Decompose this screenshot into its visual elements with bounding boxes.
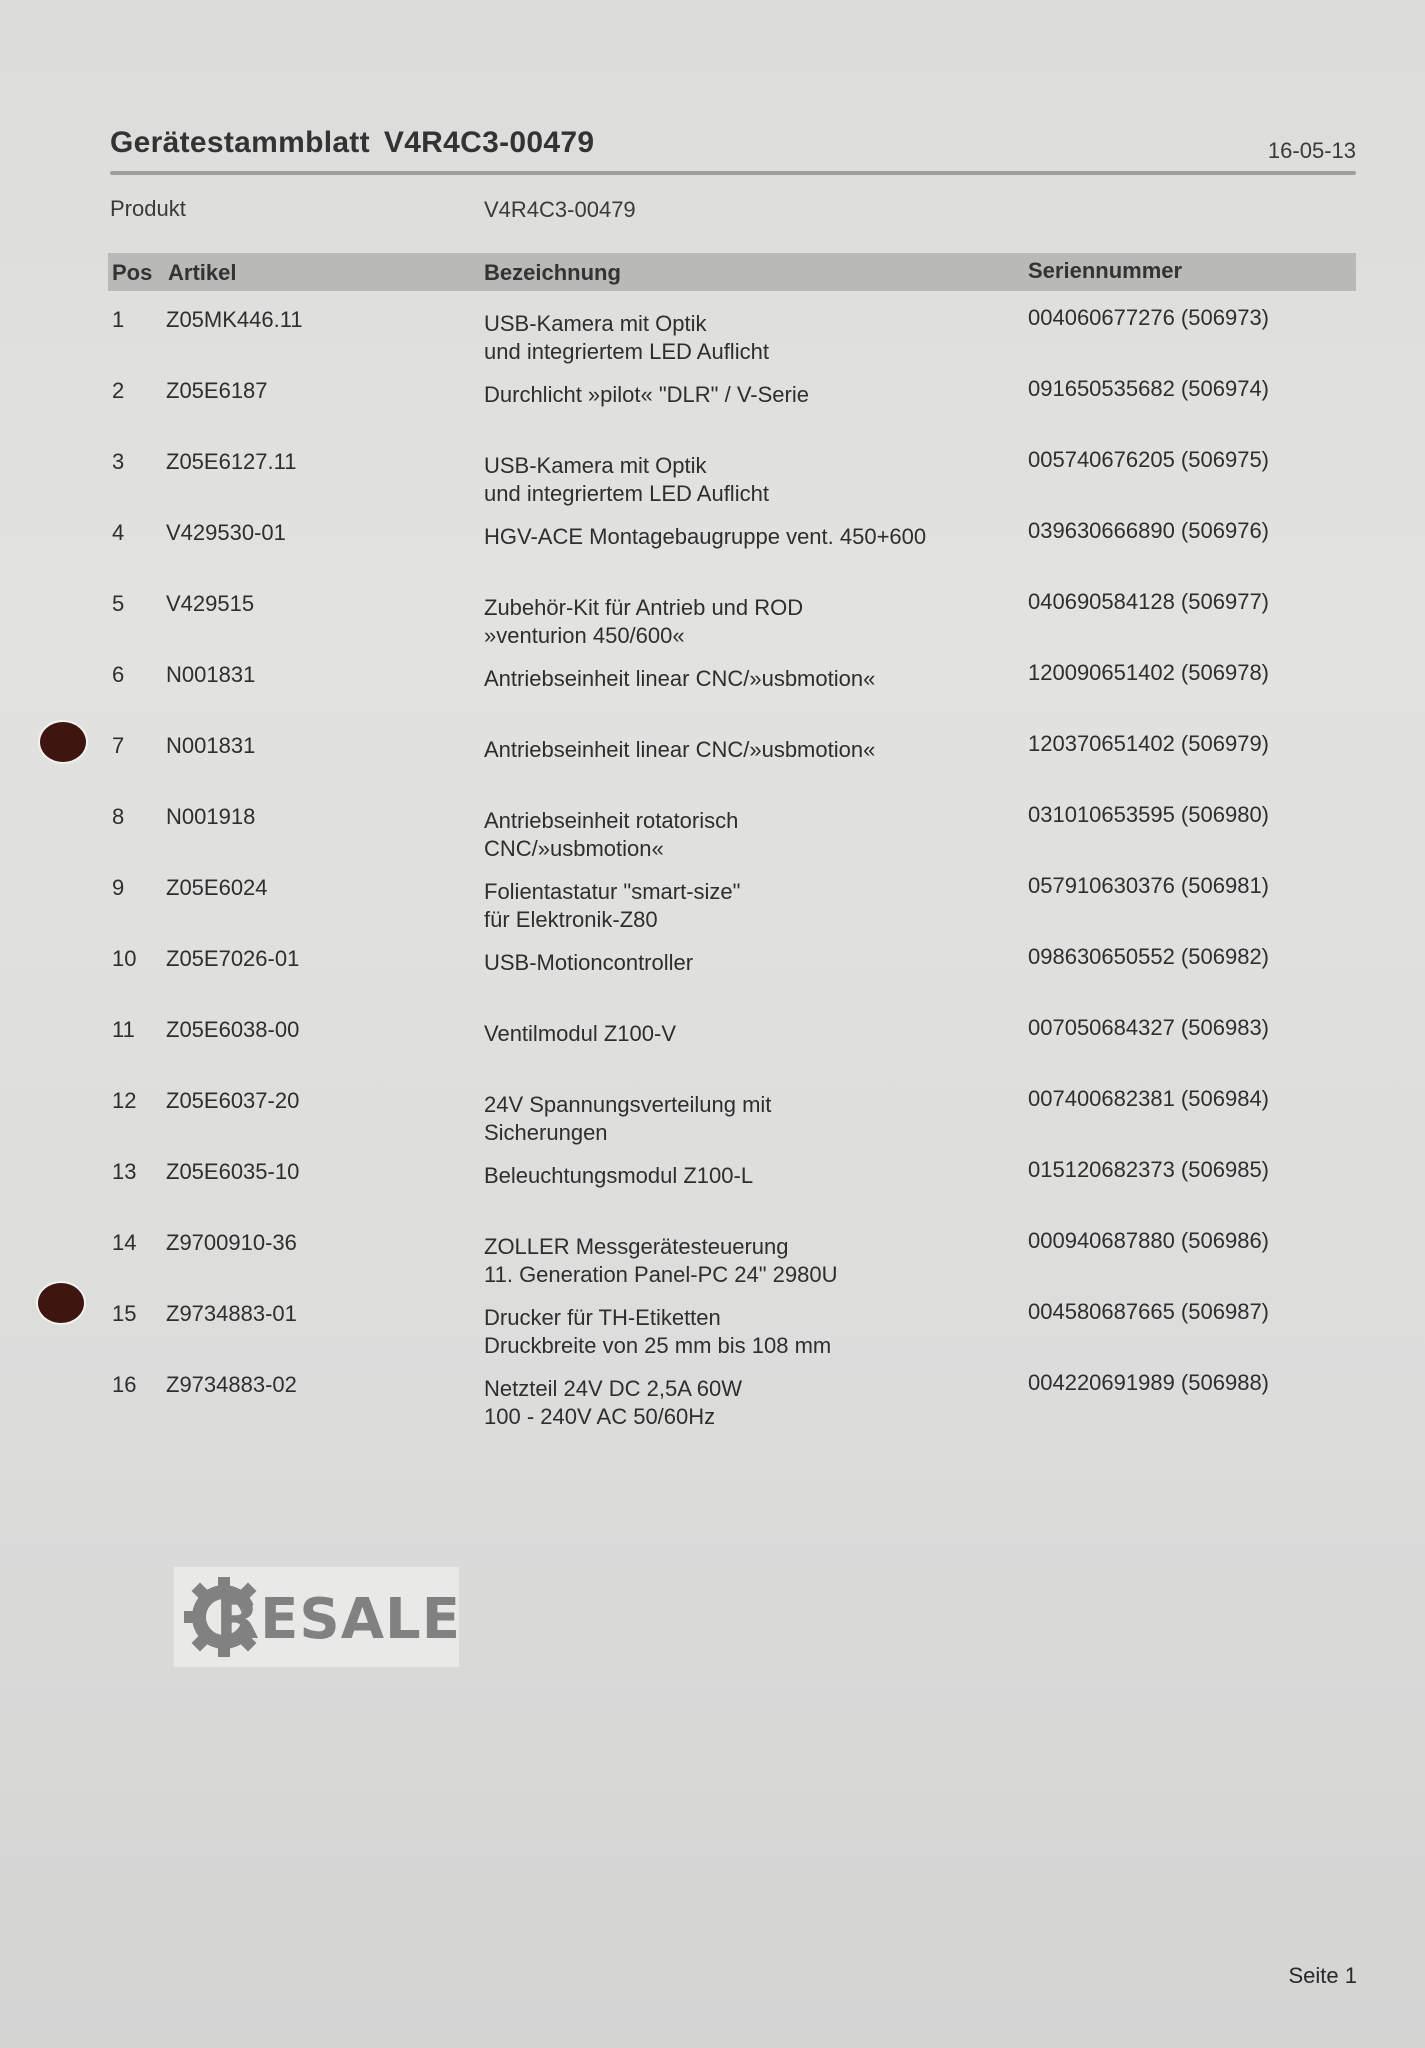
bezeichnung-line-1: HGV-ACE Montagebaugruppe vent. 450+600	[484, 523, 926, 551]
document-date: 16-05-13	[1268, 138, 1356, 164]
bezeichnung-line-1: USB-Motioncontroller	[484, 949, 693, 977]
cell-artikel: Z05MK446.11	[166, 306, 303, 334]
bezeichnung-line-1: USB-Kamera mit Optik	[484, 452, 769, 480]
bezeichnung-line-1: ZOLLER Messgerätesteuerung	[484, 1233, 838, 1261]
bezeichnung-line-1: Zubehör-Kit für Antrieb und ROD	[484, 594, 803, 622]
bezeichnung-line-1: Durchlicht »pilot« "DLR" / V-Serie	[484, 381, 809, 409]
cell-bezeichnung: Folientastatur "smart-size"für Elektroni…	[484, 878, 740, 934]
cell-seriennummer: 004580687665 (506987)	[1028, 1298, 1269, 1326]
table-row: 5V429515Zubehör-Kit für Antrieb und ROD»…	[110, 590, 1356, 660]
document-header: GerätestammblattV4R4C3-00479 16-05-13	[110, 126, 1356, 166]
bezeichnung-line-1: Netzteil 24V DC 2,5A 60W	[484, 1375, 742, 1403]
column-header-artikel: Artikel	[168, 260, 236, 286]
cell-seriennummer: 120370651402 (506979)	[1028, 730, 1269, 758]
cell-bezeichnung: Antriebseinheit linear CNC/»usbmotion«	[484, 665, 875, 693]
table-row: 12Z05E6037-2024V Spannungsverteilung mit…	[110, 1087, 1356, 1157]
product-label: Produkt	[110, 196, 186, 222]
cell-bezeichnung: USB-Kamera mit Optikund integriertem LED…	[484, 452, 769, 508]
cell-seriennummer: 091650535682 (506974)	[1028, 375, 1269, 403]
cell-artikel: V429530-01	[166, 519, 286, 547]
document-page: GerätestammblattV4R4C3-00479 16-05-13 Pr…	[0, 0, 1425, 2048]
table-row: 9Z05E6024Folientastatur "smart-size"für …	[110, 874, 1356, 944]
cell-artikel: N001831	[166, 661, 255, 689]
column-header-pos: Pos	[112, 260, 152, 286]
bezeichnung-line-1: Folientastatur "smart-size"	[484, 878, 740, 906]
cell-seriennummer: 039630666890 (506976)	[1028, 517, 1269, 545]
cell-seriennummer: 031010653595 (506980)	[1028, 801, 1269, 829]
cell-bezeichnung: Antriebseinheit rotatorischCNC/»usbmotio…	[484, 807, 738, 863]
bezeichnung-line-1: Antriebseinheit linear CNC/»usbmotion«	[484, 736, 875, 764]
title-product-id: V4R4C3-00479	[384, 126, 594, 159]
bezeichnung-line-1: USB-Kamera mit Optik	[484, 310, 769, 338]
cell-seriennummer: 057910630376 (506981)	[1028, 872, 1269, 900]
bezeichnung-line-2: Druckbreite von 25 mm bis 108 mm	[484, 1332, 831, 1360]
bezeichnung-line-2: 11. Generation Panel-PC 24" 2980U	[484, 1261, 838, 1289]
cell-artikel: Z05E6187	[166, 377, 268, 405]
bezeichnung-line-1: Beleuchtungsmodul Z100-L	[484, 1162, 753, 1190]
table-row: 15Z9734883-01Drucker für TH-EtikettenDru…	[110, 1300, 1356, 1370]
watermark-text: RESALE	[216, 1587, 461, 1652]
bezeichnung-line-1: Antriebseinheit linear CNC/»usbmotion«	[484, 665, 875, 693]
cell-artikel: Z05E6038-00	[166, 1016, 299, 1044]
cell-pos: 7	[112, 732, 124, 760]
bezeichnung-line-2: für Elektronik-Z80	[484, 906, 740, 934]
cell-bezeichnung: 24V Spannungsverteilung mitSicherungen	[484, 1091, 771, 1147]
bezeichnung-line-1: Drucker für TH-Etiketten	[484, 1304, 831, 1332]
table-row: 4V429530-01HGV-ACE Montagebaugruppe vent…	[110, 519, 1356, 589]
title-text: Gerätestammblatt	[110, 126, 370, 159]
cell-bezeichnung: USB-Motioncontroller	[484, 949, 693, 977]
cell-artikel: Z05E6035-10	[166, 1158, 299, 1186]
column-header-seriennummer: Seriennummer	[1028, 258, 1182, 284]
cell-bezeichnung: Durchlicht »pilot« "DLR" / V-Serie	[484, 381, 809, 409]
cell-pos: 8	[112, 803, 124, 831]
cell-pos: 6	[112, 661, 124, 689]
cell-bezeichnung: USB-Kamera mit Optikund integriertem LED…	[484, 310, 769, 366]
cell-pos: 11	[112, 1016, 135, 1044]
table-header: Pos Artikel Bezeichnung Seriennummer	[108, 253, 1356, 291]
table-row: 7N001831Antriebseinheit linear CNC/»usbm…	[110, 732, 1356, 802]
cell-pos: 5	[112, 590, 124, 618]
cell-bezeichnung: Ventilmodul Z100-V	[484, 1020, 676, 1048]
cell-pos: 4	[112, 519, 124, 547]
bezeichnung-line-2: und integriertem LED Auflicht	[484, 480, 769, 508]
cell-artikel: V429515	[166, 590, 254, 618]
cell-pos: 15	[112, 1300, 136, 1328]
table-row: 3Z05E6127.11USB-Kamera mit Optikund inte…	[110, 448, 1356, 518]
cell-seriennummer: 007050684327 (506983)	[1028, 1014, 1269, 1042]
cell-bezeichnung: Beleuchtungsmodul Z100-L	[484, 1162, 753, 1190]
cell-bezeichnung: Netzteil 24V DC 2,5A 60W100 - 240V AC 50…	[484, 1375, 742, 1431]
cell-artikel: Z9734883-02	[166, 1371, 297, 1399]
cell-seriennummer: 004220691989 (506988)	[1028, 1369, 1269, 1397]
cell-artikel: N001831	[166, 732, 255, 760]
bezeichnung-line-2: 100 - 240V AC 50/60Hz	[484, 1403, 742, 1431]
cell-artikel: Z9734883-01	[166, 1300, 297, 1328]
cell-artikel: Z05E6127.11	[166, 448, 296, 476]
title-divider	[110, 171, 1356, 175]
cell-pos: 12	[112, 1087, 136, 1115]
cell-pos: 13	[112, 1158, 136, 1186]
cell-pos: 3	[112, 448, 124, 476]
cell-seriennummer: 040690584128 (506977)	[1028, 588, 1269, 616]
cell-pos: 2	[112, 377, 124, 405]
cell-seriennummer: 007400682381 (506984)	[1028, 1085, 1269, 1113]
punch-hole	[38, 1283, 84, 1323]
cell-bezeichnung: HGV-ACE Montagebaugruppe vent. 450+600	[484, 523, 926, 551]
table-row: 2Z05E6187Durchlicht »pilot« "DLR" / V-Se…	[110, 377, 1356, 447]
cell-seriennummer: 005740676205 (506975)	[1028, 446, 1269, 474]
bezeichnung-line-1: 24V Spannungsverteilung mit	[484, 1091, 771, 1119]
cell-seriennummer: 120090651402 (506978)	[1028, 659, 1269, 687]
document-title: GerätestammblattV4R4C3-00479	[110, 126, 594, 160]
cell-pos: 14	[112, 1229, 136, 1257]
page-number: Seite 1	[1289, 1963, 1358, 1989]
column-header-bezeichnung: Bezeichnung	[484, 260, 621, 286]
bezeichnung-line-2: CNC/»usbmotion«	[484, 835, 738, 863]
cell-pos: 10	[112, 945, 136, 973]
cell-artikel: N001918	[166, 803, 255, 831]
table-row: 10Z05E7026-01USB-Motioncontroller0986306…	[110, 945, 1356, 1015]
table-row: 16Z9734883-02Netzteil 24V DC 2,5A 60W100…	[110, 1371, 1356, 1441]
bezeichnung-line-2: Sicherungen	[484, 1119, 771, 1147]
bezeichnung-line-2: und integriertem LED Auflicht	[484, 338, 769, 366]
cell-seriennummer: 004060677276 (506973)	[1028, 304, 1269, 332]
table-row: 14Z9700910-36ZOLLER Messgerätesteuerung1…	[110, 1229, 1356, 1299]
cell-seriennummer: 015120682373 (506985)	[1028, 1156, 1269, 1184]
cell-pos: 1	[112, 306, 124, 334]
bezeichnung-line-1: Antriebseinheit rotatorisch	[484, 807, 738, 835]
cell-artikel: Z05E7026-01	[166, 945, 299, 973]
table-row: 8N001918Antriebseinheit rotatorischCNC/»…	[110, 803, 1356, 873]
cell-bezeichnung: Zubehör-Kit für Antrieb und ROD»venturio…	[484, 594, 803, 650]
table-row: 13Z05E6035-10Beleuchtungsmodul Z100-L015…	[110, 1158, 1356, 1228]
cell-pos: 16	[112, 1371, 136, 1399]
product-value: V4R4C3-00479	[484, 197, 636, 223]
cell-seriennummer: 000940687880 (506986)	[1028, 1227, 1269, 1255]
cell-artikel: Z05E6037-20	[166, 1087, 299, 1115]
bezeichnung-line-2: »venturion 450/600«	[484, 622, 803, 650]
bezeichnung-line-1: Ventilmodul Z100-V	[484, 1020, 676, 1048]
cell-bezeichnung: ZOLLER Messgerätesteuerung11. Generation…	[484, 1233, 838, 1289]
table-row: 6N001831Antriebseinheit linear CNC/»usbm…	[110, 661, 1356, 731]
resale-watermark-logo: RESALE	[174, 1567, 459, 1667]
cell-pos: 9	[112, 874, 124, 902]
cell-artikel: Z9700910-36	[166, 1229, 297, 1257]
punch-hole	[40, 722, 86, 762]
table-row: 11Z05E6038-00Ventilmodul Z100-V007050684…	[110, 1016, 1356, 1086]
table-row: 1Z05MK446.11USB-Kamera mit Optikund inte…	[110, 306, 1356, 376]
cell-seriennummer: 098630650552 (506982)	[1028, 943, 1269, 971]
cell-artikel: Z05E6024	[166, 874, 268, 902]
cell-bezeichnung: Antriebseinheit linear CNC/»usbmotion«	[484, 736, 875, 764]
cell-bezeichnung: Drucker für TH-EtikettenDruckbreite von …	[484, 1304, 831, 1360]
